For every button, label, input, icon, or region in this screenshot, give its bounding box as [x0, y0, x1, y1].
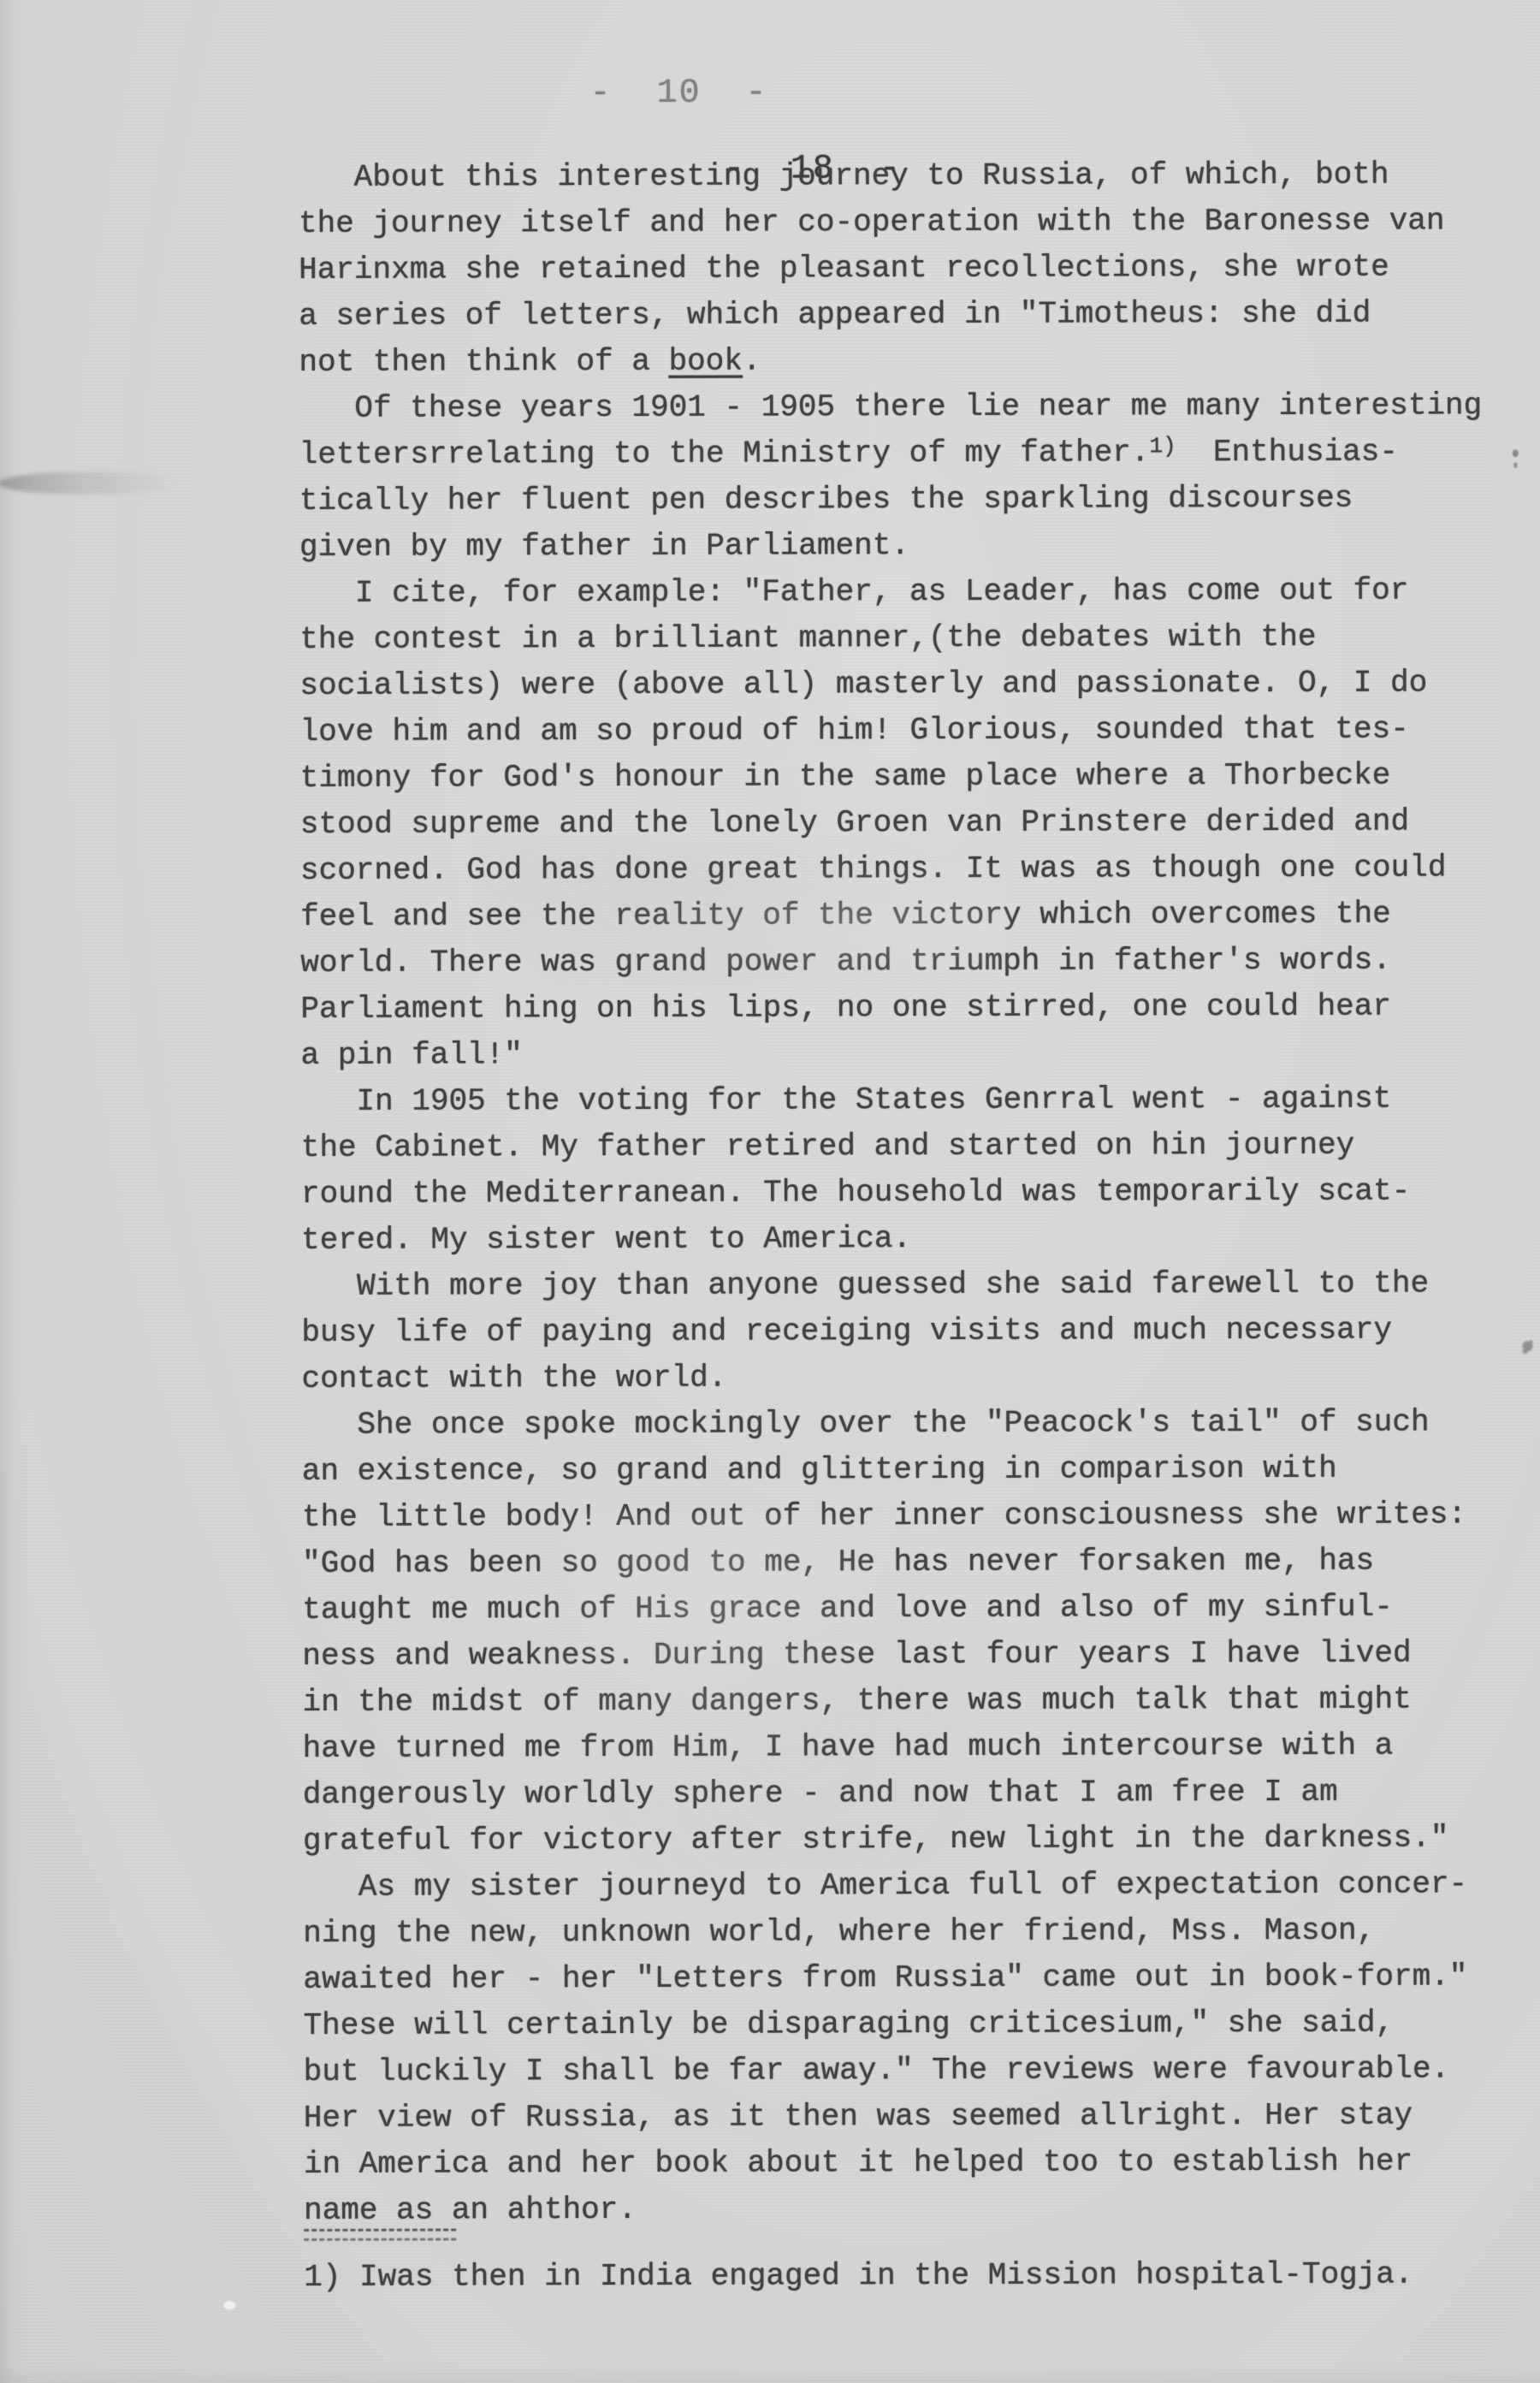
text-line: the Cabinet. My father retired and start…	[301, 1122, 1484, 1171]
text-line: round the Mediterranean. The household w…	[301, 1168, 1484, 1218]
footnote-text: 1) Iwas then in India engaged in the Mis…	[304, 2252, 1413, 2301]
document-body: About this interesting journey to Russia…	[299, 151, 1487, 2234]
text-line: in America and her book about it helped …	[304, 2138, 1487, 2188]
text-line: She once spoke mockingly over the "Peaco…	[302, 1399, 1485, 1449]
ink-speck	[1513, 449, 1519, 457]
text-line: an existence, so grand and glittering in…	[302, 1445, 1485, 1495]
scanned-document-page: - 10 - - 18 - About this interesting jou…	[0, 0, 1540, 2383]
text-line: busy life of paying and receiging visits…	[301, 1307, 1484, 1356]
ink-bleedthrough	[531, 1514, 977, 1874]
text-line: These will certainly be disparaging crit…	[303, 2000, 1486, 2049]
text-line: but luckily I shall be far away." The re…	[304, 2046, 1487, 2095]
text-line: the journey itself and her co-operation …	[299, 198, 1482, 247]
text-line: love him and am so proud of him! Gloriou…	[300, 706, 1484, 756]
text-line: Of these years 1901 - 1905 there lie nea…	[299, 382, 1483, 432]
text-line: Harinxma she retained the pleasant recol…	[299, 244, 1482, 293]
text-line: About this interesting journey to Russia…	[299, 151, 1482, 201]
text-line: awaited her - her "Letters from Russia" …	[303, 1953, 1486, 2003]
text-line: tered. My sister went to America.	[301, 1214, 1484, 1264]
footnote-rule	[304, 2228, 456, 2240]
text-line: contact with the world.	[302, 1353, 1485, 1402]
text-line: not then think of a book.	[299, 336, 1482, 386]
text-line: Her view of Russia, as it then was seeme…	[304, 2092, 1487, 2142]
text-line: socialists) were (above all) masterly an…	[299, 660, 1483, 709]
paper-flaw-spot	[223, 2301, 235, 2309]
text-line: I cite, for example: "Father, as Leader,…	[299, 567, 1483, 617]
page-number-overstrike: - 10 -	[590, 74, 768, 114]
text-line: tically her fluent pen describes the spa…	[299, 475, 1483, 525]
text-line: the contest in a brilliant manner,(the d…	[299, 614, 1483, 663]
text-line: Parliament hing on his lips, no one stir…	[300, 983, 1484, 1033]
text-line: a series of letters, which appeared in "…	[299, 290, 1482, 340]
text-line: lettersrrelating to the Ministry of my f…	[299, 429, 1483, 478]
text-line: With more joy than anyone guessed she sa…	[301, 1260, 1484, 1310]
page-content: - 10 - - 18 - About this interesting jou…	[0, 0, 1540, 2383]
text-line: name as an ahthor.	[304, 2184, 1487, 2234]
text-line: timony for God's honour in the same plac…	[300, 752, 1484, 802]
ink-bleedthrough	[478, 838, 1009, 985]
ink-speck	[1522, 1341, 1532, 1351]
pencil-smudge	[0, 471, 182, 495]
text-line: a pin fall!"	[301, 1029, 1484, 1079]
text-line: In 1905 the voting for the States Genrra…	[301, 1076, 1484, 1125]
text-line: given by my father in Parliament.	[299, 521, 1483, 571]
text-line: ning the new, unknown world, where her f…	[303, 1907, 1486, 1957]
